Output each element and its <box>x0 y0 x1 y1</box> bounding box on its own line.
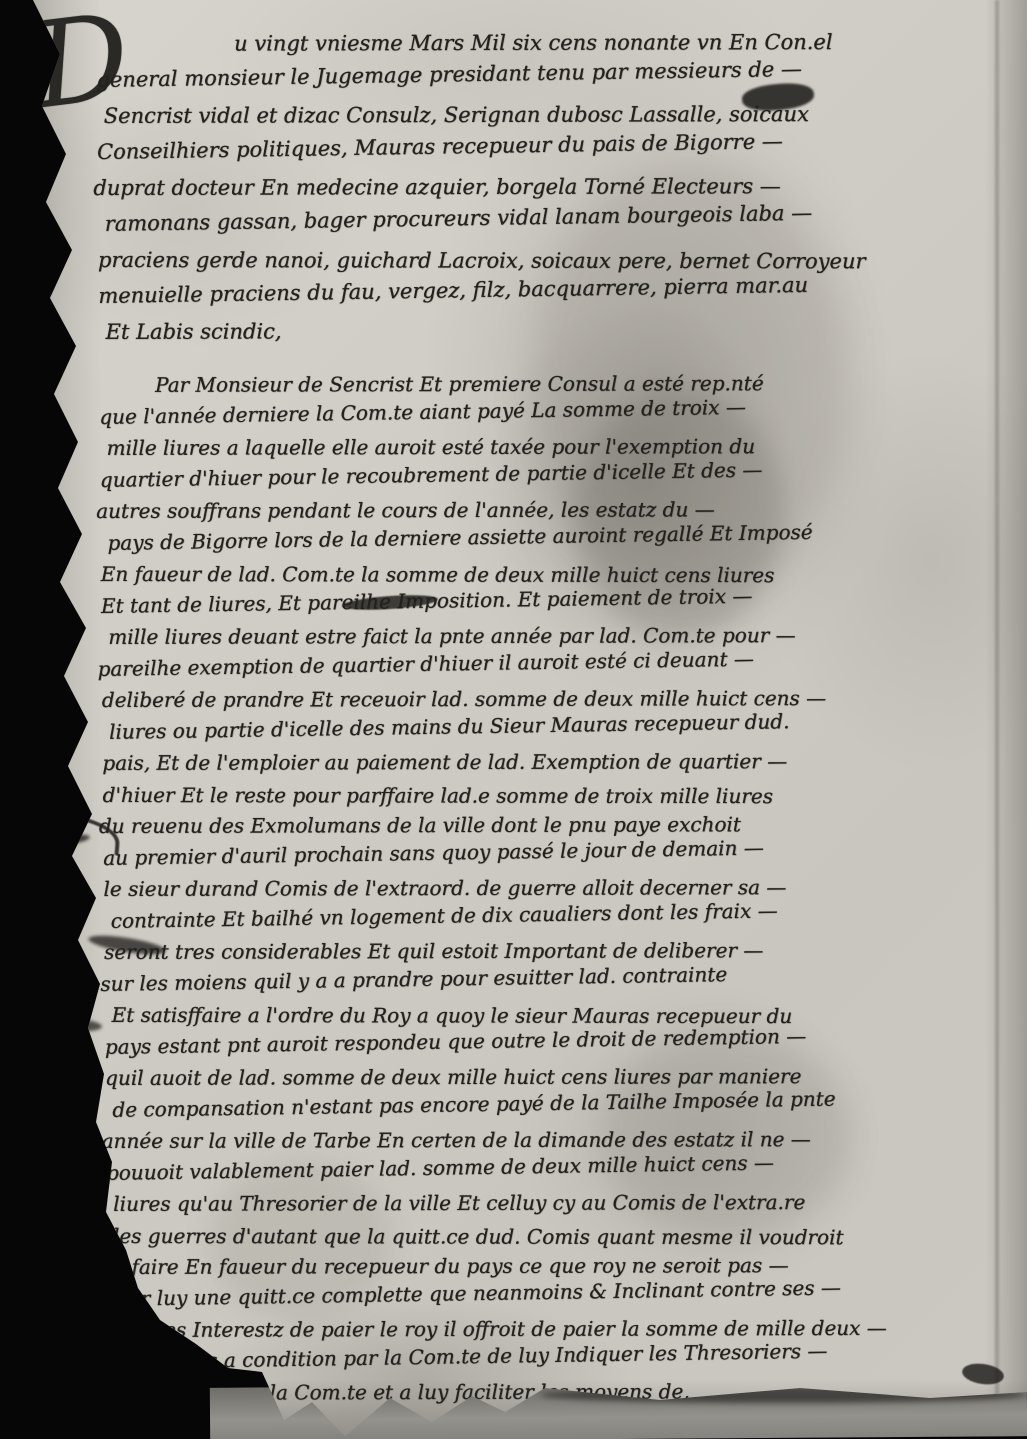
manuscript-line: Et Labis scindic, <box>106 312 1004 350</box>
manuscript-line: d'hiuer Et le reste pour parffaire lad.e… <box>103 779 1008 812</box>
scanned-manuscript-page: { "document_kind": "manuscript deliberat… <box>0 0 1027 1439</box>
deliberation-paragraph: Par Monsieur de Sencrist Et premiere Con… <box>99 362 1013 1409</box>
manuscript-sheet: D u vingt vniesme Mars Mil six cens nona… <box>0 0 1027 1439</box>
margin-ink-blot <box>60 1260 98 1296</box>
manuscript-line: pais, Et de l'emploier au paiement de la… <box>102 746 1007 780</box>
manuscript-line: liures qu'au Thresorier de la ville Et c… <box>113 1187 1011 1221</box>
manuscript-line: des guerres d'autant que la quitt.ce dud… <box>107 1220 1012 1253</box>
manuscript-text: u vingt vniesme Mars Mil six cens nonant… <box>96 18 1013 1409</box>
preamble-paragraph: u vingt vniesme Mars Mil six cens nonant… <box>96 18 1004 350</box>
